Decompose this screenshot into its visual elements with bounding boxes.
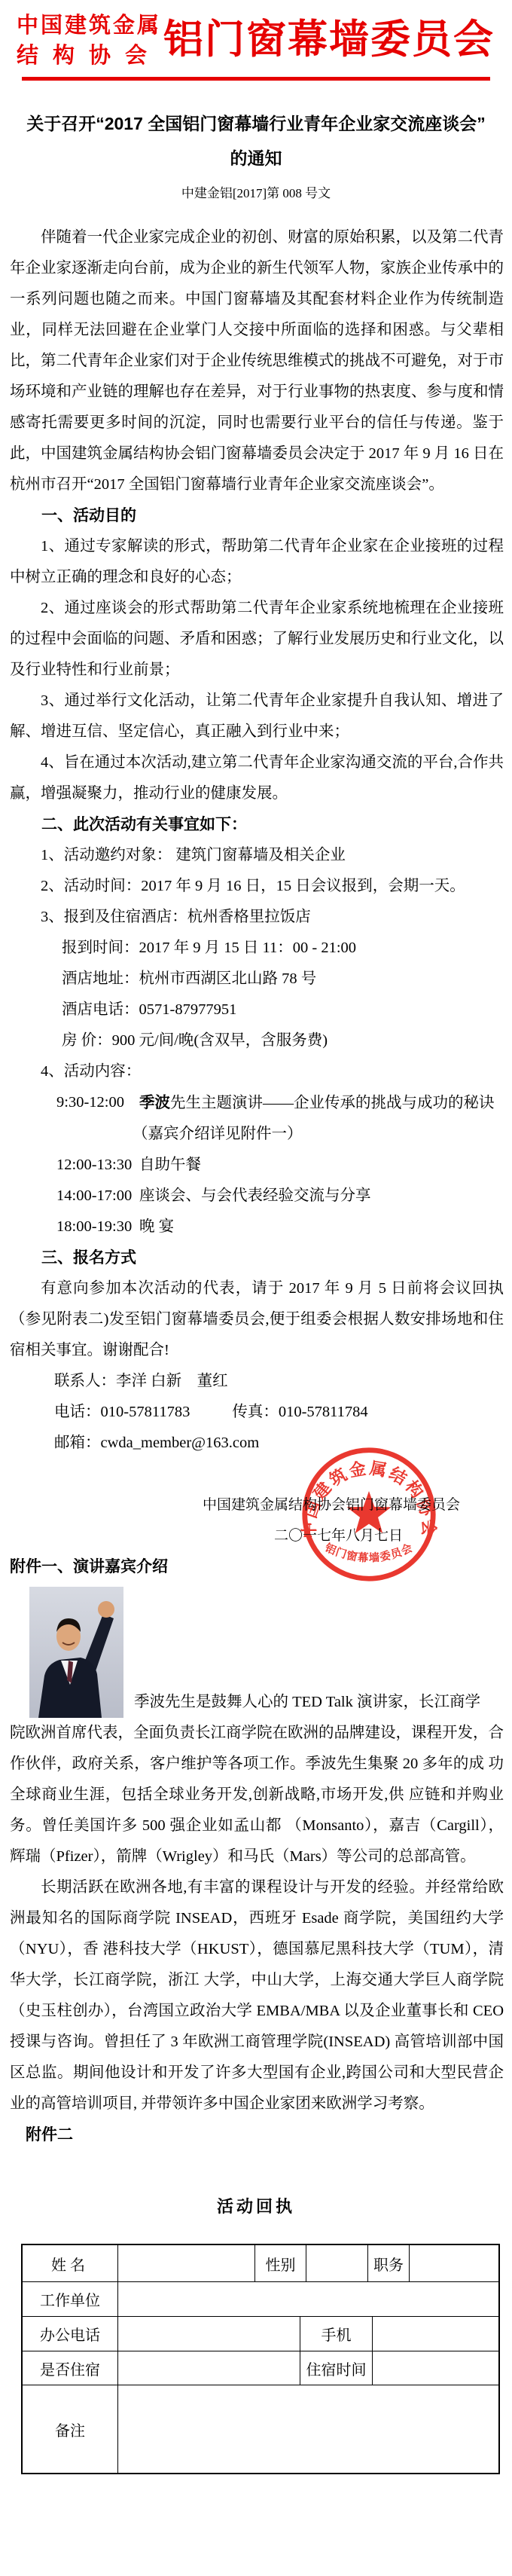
association-name-line1: 中国建筑金属 <box>17 11 161 41</box>
schedule-row-keynote: 9:30-12:00 季波先生主题演讲——企业传承的挑战与成功的秘诀 <box>10 1087 504 1119</box>
hotel-phone: 酒店电话：0571-87977951 <box>10 995 504 1025</box>
letterhead-divider <box>22 77 490 81</box>
schedule-note: （嘉宾介绍详见附件一） <box>10 1119 504 1150</box>
purpose-item: 2、通过座谈会的形式帮助第二代青年企业家系统地梳理在企业接班的过程中会面临的问题… <box>10 593 504 686</box>
schedule-row-lunch: 12:00-13:30 自助午餐 <box>10 1150 504 1181</box>
gender-field <box>306 2245 367 2281</box>
form-row-remarks: 备注 <box>23 2385 498 2473</box>
attachment1-heading: 附件一、演讲嘉宾介绍 <box>10 1551 504 1582</box>
mobile-field <box>372 2317 498 2351</box>
signature-org: 中国建筑金属结构协会铝门窗幕墙委员会 <box>10 1490 504 1520</box>
schedule-time: 9:30-12:00 <box>56 1087 139 1119</box>
reply-form-title: 活动回执 <box>0 2196 512 2218</box>
gender-label: 性别 <box>254 2245 306 2281</box>
section3-heading: 三、报名方式 <box>10 1242 504 1273</box>
schedule-text: 晚 宴 <box>139 1212 174 1242</box>
notice-title-line1: 关于召开“2017 全国铝门窗幕墙行业青年企业家交流座谈会” <box>0 112 512 135</box>
signup-paragraph: 有意向参加本次活动的代表，请于 2017 年 9 月 5 日前将会议回执（参见附… <box>10 1273 504 1366</box>
hotel-checkin-time: 报到时间：2017 年 9 月 15 日 11：00 - 21:00 <box>10 933 504 964</box>
reply-form-table: 姓名 性别 职务 工作单位 办公电话 手机 是否住宿 住宿时间 备注 <box>21 2244 500 2474</box>
speaker-bio-lead-line: 季波先生是鼓舞人心的 TED Talk 演讲家，长江商学 <box>134 1687 480 1718</box>
name-label: 姓名 <box>23 2245 117 2281</box>
schedule-row-forum: 14:00-17:00 座谈会、与会代表经验交流与分享 <box>10 1181 504 1212</box>
schedule-time: 18:00-19:30 <box>56 1212 139 1242</box>
remarks-field <box>117 2385 498 2473</box>
purpose-item: 1、通过专家解读的形式，帮助第二代青年企业家在企业接班的过程中树立正确的理念和良… <box>10 531 504 593</box>
event-item-invitees: 1、活动邀约对象： 建筑门窗幕墙及相关企业 <box>10 840 504 871</box>
speaker-photo <box>29 1587 123 1718</box>
attachment2-heading: 附件二 <box>10 2119 504 2150</box>
schedule-text-rest: 先生主题演讲——企业传承的挑战与成功的秘诀 <box>170 1095 495 1111</box>
notice-title-line2: 的通知 <box>0 147 512 170</box>
hotel-address: 酒店地址：杭州市西湖区北山路 78 号 <box>10 964 504 995</box>
hotel-room-price: 房 价：900 元/间/晚(含双早，含服务费) <box>10 1025 504 1056</box>
form-row-workunit: 工作单位 <box>23 2281 498 2316</box>
purpose-item: 4、旨在通过本次活动,建立第二代青年企业家沟通交流的平台,合作共赢，增强凝聚力，… <box>10 747 504 809</box>
stay-time-label: 住宿时间 <box>300 2351 372 2385</box>
speaker-bio-paragraph2: 长期活跃在欧洲各地,有丰富的课程设计与开发的经验。并经常给欧洲最知名的国际商学院… <box>10 1872 504 2119</box>
position-label: 职务 <box>367 2245 409 2281</box>
committee-name: 铝门窗幕墙委员会 <box>161 11 497 69</box>
contact-phone-fax: 电话：010-57811783传真：010-57811784 <box>10 1397 504 1428</box>
notice-document-page: 中国建筑金属 结构协会 铝门窗幕墙委员会 关于召开“2017 全国铝门窗幕墙行业… <box>0 0 512 2576</box>
work-unit-field <box>117 2282 498 2316</box>
form-row-phone: 办公电话 手机 <box>23 2316 498 2351</box>
work-unit-label: 工作单位 <box>23 2282 117 2316</box>
accommodation-label: 是否住宿 <box>23 2351 117 2385</box>
notice-body: 伴随着一代企业家完成企业的初创、财富的原始积累，以及第二代青年企业家逐渐走向台前… <box>0 203 512 2150</box>
schedule-time: 14:00-17:00 <box>56 1181 139 1212</box>
document-number: 中建金铝[2017]第 008 号文 <box>0 185 512 203</box>
letterhead: 中国建筑金属 结构协会 铝门窗幕墙委员会 <box>0 0 512 71</box>
contact-phone: 电话：010-57811783 <box>54 1404 190 1420</box>
section2-heading: 二、此次活动有关事宜如下： <box>10 809 504 840</box>
association-name-line2: 结构协会 <box>17 41 161 71</box>
speaker-bio-paragraph1: 院欧洲首席代表，全面负责长江商学院在欧洲的品牌建设，课程开发，合作伙伴，政府关系… <box>10 1718 504 1872</box>
schedule-time: 12:00-13:30 <box>56 1150 139 1181</box>
office-phone-label: 办公电话 <box>23 2317 117 2351</box>
section1-heading: 一、活动目的 <box>10 500 504 531</box>
purpose-item: 3、通过举行文化活动，让第二代青年企业家提升自我认知、增进了解、增进互信、坚定信… <box>10 686 504 747</box>
contact-persons: 联系人：李洋 白新 董红 <box>10 1366 504 1397</box>
form-row-name: 姓名 性别 职务 <box>23 2245 498 2281</box>
contact-fax: 传真：010-57811784 <box>232 1404 367 1420</box>
speaker-name: 季波 <box>139 1094 170 1111</box>
schedule-text: 季波先生主题演讲——企业传承的挑战与成功的秘诀 <box>139 1087 495 1119</box>
office-phone-field <box>117 2317 300 2351</box>
event-item-hotel: 3、报到及住宿酒店：杭州香格里拉饭店 <box>10 902 504 933</box>
schedule-text: 自助午餐 <box>139 1150 201 1181</box>
name-field <box>117 2245 254 2281</box>
signature-date: 二〇一七年八月七日 <box>10 1520 504 1551</box>
form-row-accommodation: 是否住宿 住宿时间 <box>23 2351 498 2385</box>
schedule-row-banquet: 18:00-19:30 晚 宴 <box>10 1212 504 1242</box>
remarks-label: 备注 <box>23 2385 117 2473</box>
speaker-bio-row: 季波先生是鼓舞人心的 TED Talk 演讲家，长江商学 <box>10 1587 504 1718</box>
contact-email: 邮箱：cwda_member@163.com <box>10 1428 504 1459</box>
association-name: 中国建筑金属 结构协会 <box>17 11 161 71</box>
schedule-text: 座谈会、与会代表经验交流与分享 <box>139 1181 371 1212</box>
accommodation-field <box>117 2351 300 2385</box>
intro-paragraph: 伴随着一代企业家完成企业的初创、财富的原始积累，以及第二代青年企业家逐渐走向台前… <box>10 222 504 500</box>
position-field <box>409 2245 498 2281</box>
mobile-label: 手机 <box>300 2317 372 2351</box>
event-item-time: 2、活动时间：2017 年 9 月 16 日，15 日会议报到，会期一天。 <box>10 871 504 902</box>
event-item-content: 4、活动内容： <box>10 1056 504 1087</box>
stay-time-field <box>372 2351 498 2385</box>
